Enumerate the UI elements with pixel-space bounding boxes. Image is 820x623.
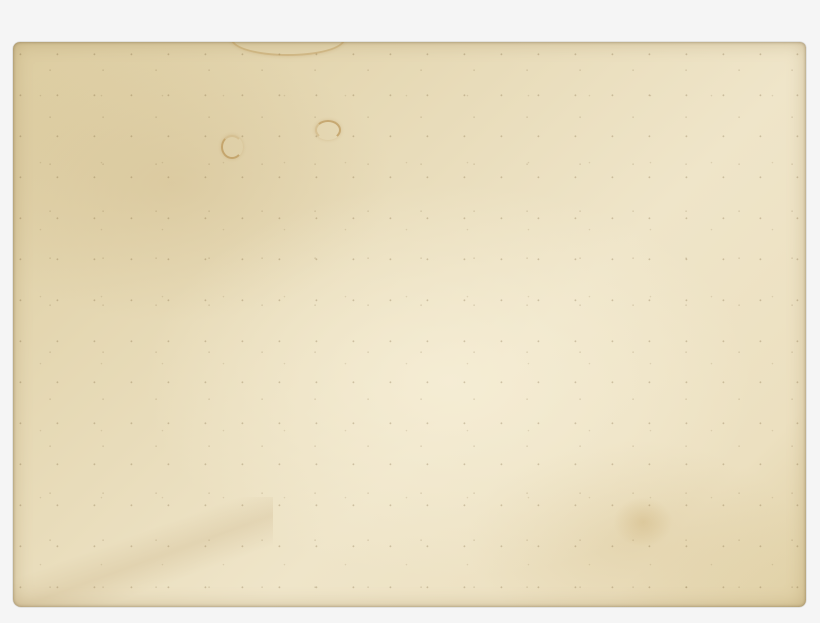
water-blotch-stain bbox=[613, 497, 673, 547]
coffee-ring-stain-right bbox=[315, 120, 341, 140]
aged-paper-sheet bbox=[13, 42, 806, 607]
coffee-ring-stain-left bbox=[221, 135, 243, 159]
paper-crease bbox=[13, 497, 273, 607]
canvas bbox=[0, 0, 820, 623]
